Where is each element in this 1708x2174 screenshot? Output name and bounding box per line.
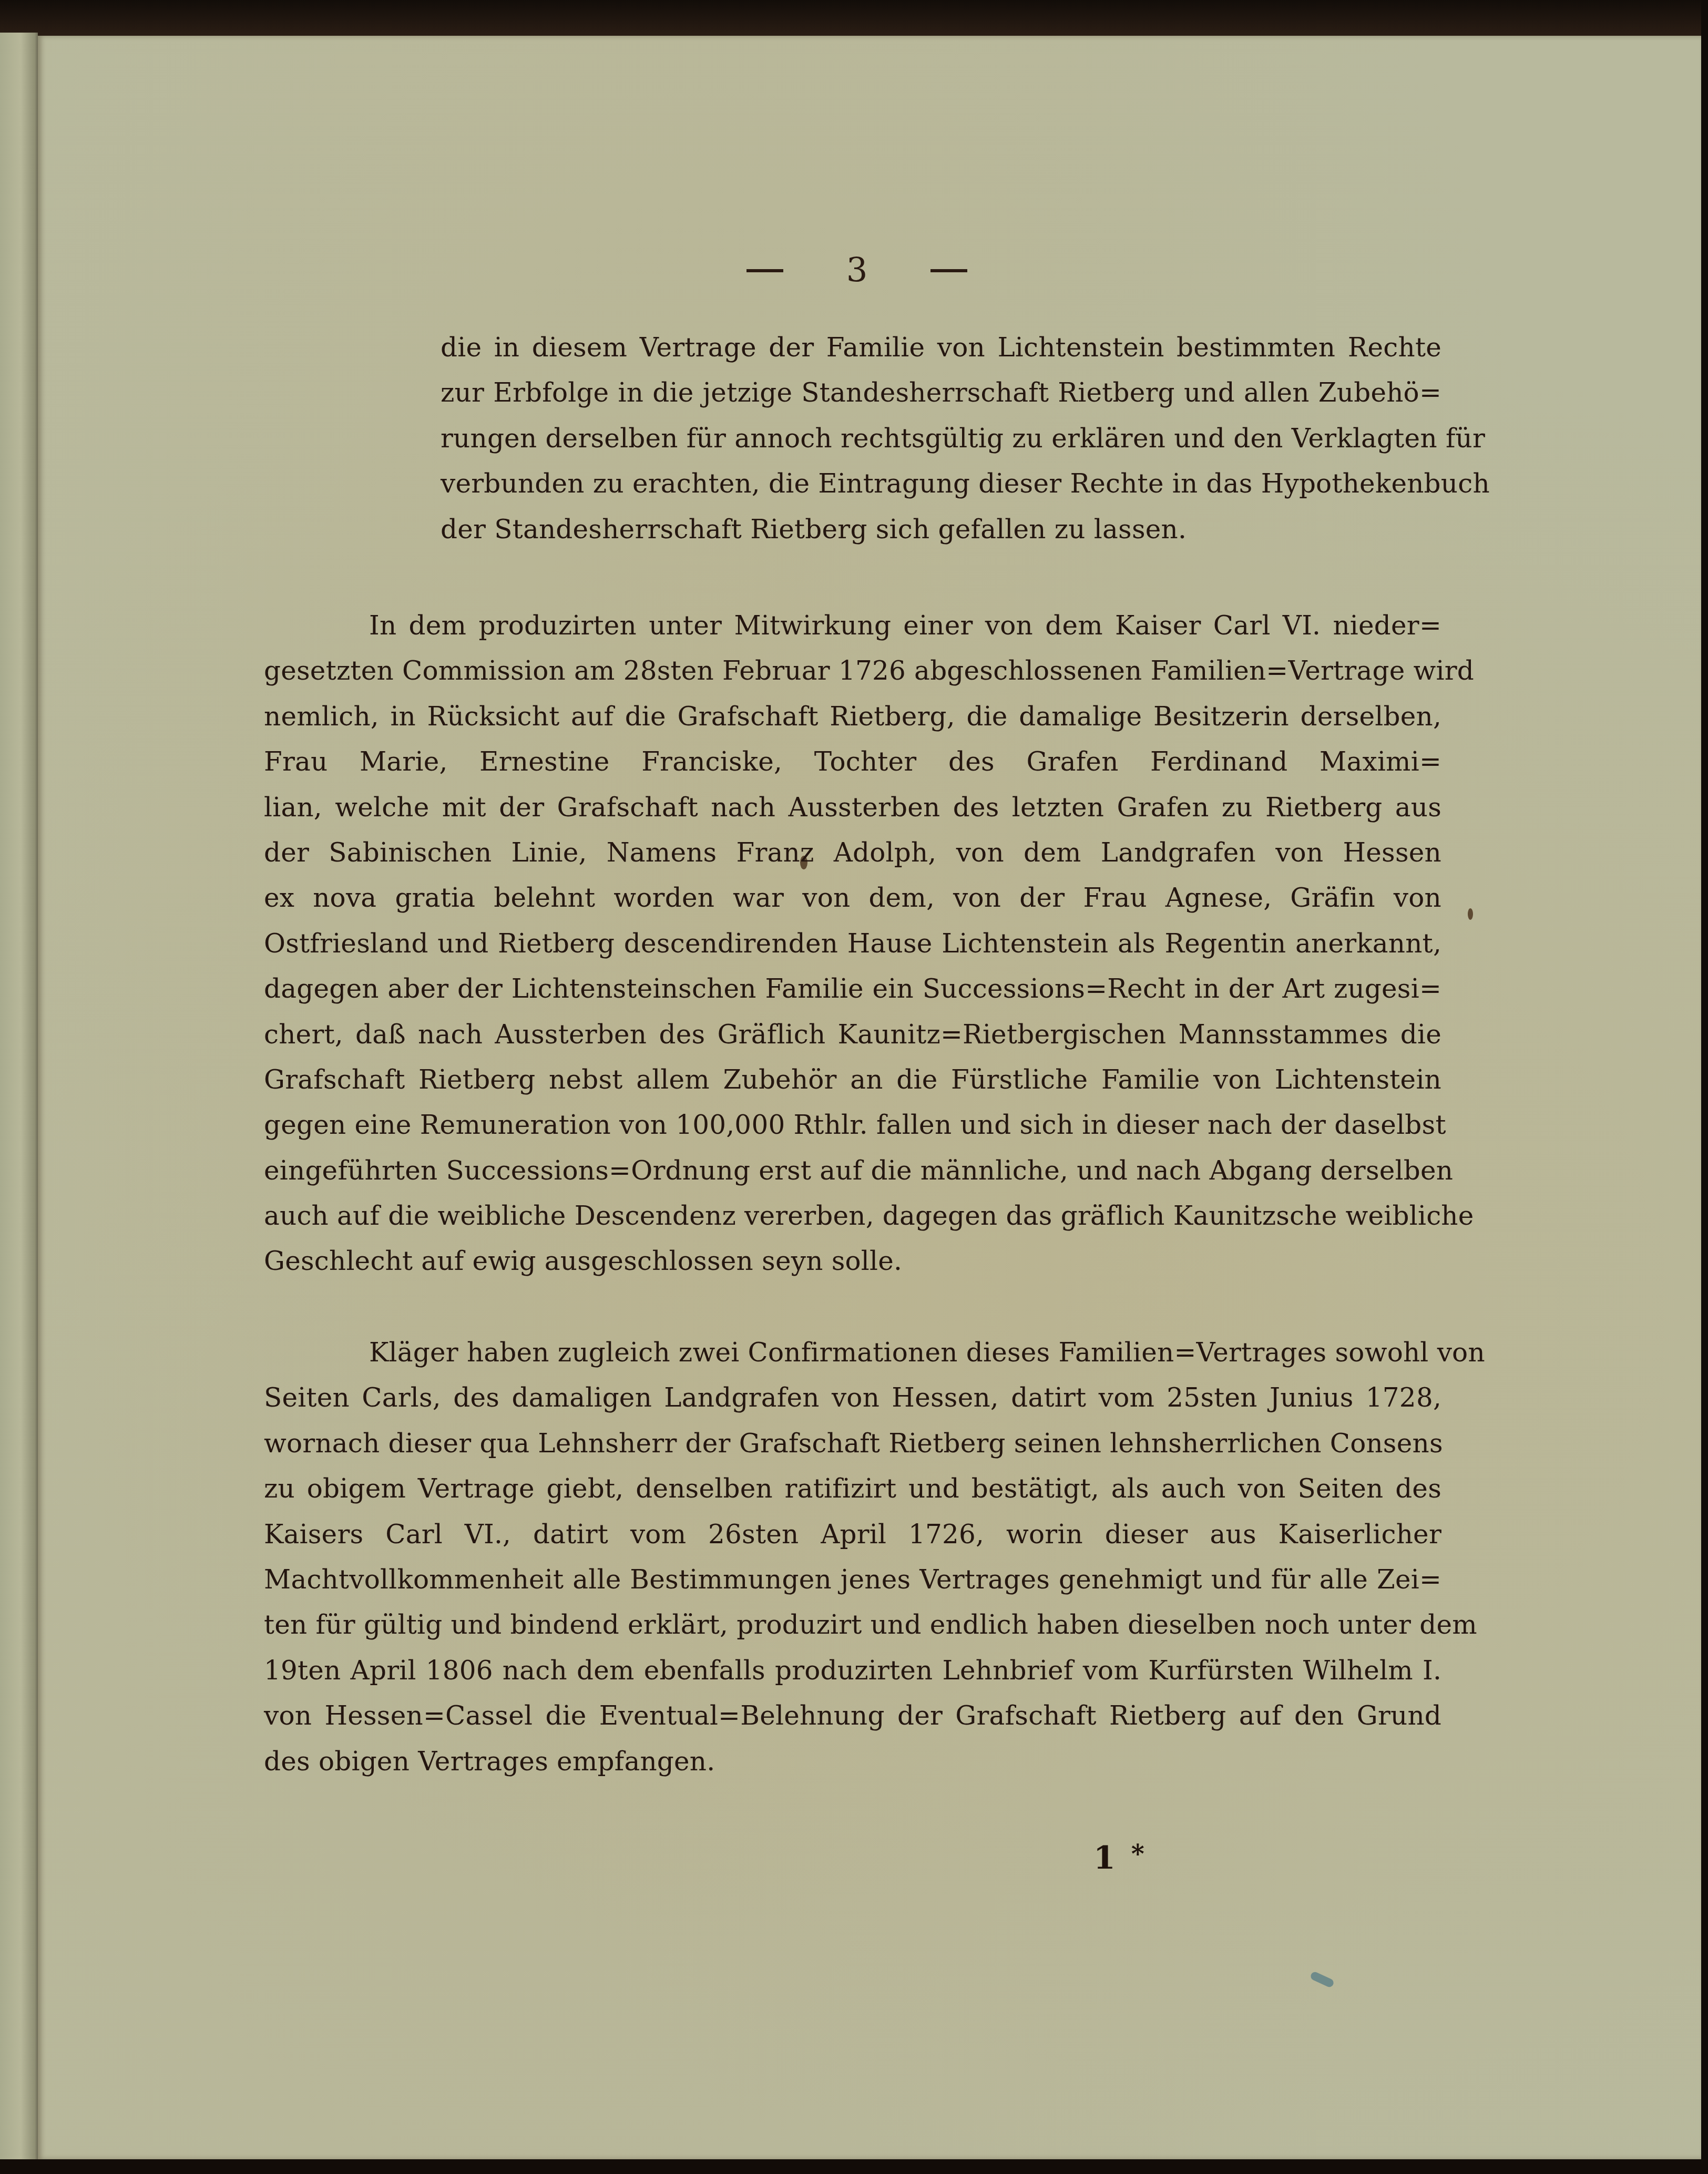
text-line: Machtvollkommenheit alle Bestimmungen je…	[264, 1557, 1441, 1602]
text-line: der Sabinischen Linie, Namens Franz Adol…	[264, 830, 1441, 875]
scan-background-right	[1701, 0, 1708, 2174]
page-number: 3	[846, 251, 868, 290]
text-line: der Standesherrschaft Rietberg sich gefa…	[441, 507, 1441, 552]
scan-background-bottom	[0, 2159, 1708, 2174]
text-line: Kläger haben zugleich zwei Confirmatione…	[264, 1330, 1441, 1375]
text-line: ex nova gratia belehnt worden war von de…	[264, 875, 1441, 920]
paragraph-3: Kläger haben zugleich zwei Confirmatione…	[264, 1330, 1441, 1784]
paragraph-2: In dem produzirten unter Mitwirkung eine…	[264, 603, 1441, 1284]
text-line: Kaisers Carl VI., datirt vom 26sten Apri…	[264, 1512, 1441, 1557]
text-line: In dem produzirten unter Mitwirkung eine…	[264, 603, 1441, 648]
text-line: chert, daß nach Aussterben des Gräflich …	[264, 1012, 1441, 1057]
text-line: verbunden zu erachten, die Eintragung di…	[441, 461, 1441, 506]
folio-dash-right	[930, 269, 967, 272]
text-line: Grafschaft Rietberg nebst allem Zubehör …	[264, 1057, 1441, 1102]
ink-stain	[1310, 1971, 1335, 1988]
text-line: rungen derselben für annoch rechtsgültig…	[441, 416, 1441, 461]
paragraph-1: die in diesem Vertrage der Familie von L…	[441, 325, 1441, 552]
page-number-header: 3	[746, 251, 967, 290]
text-line: wornach dieser qua Lehnsherr der Grafsch…	[264, 1421, 1441, 1466]
text-line: 19ten April 1806 nach dem ebenfalls prod…	[264, 1648, 1441, 1693]
signature-number: 1	[1093, 1840, 1116, 1876]
asterisk-icon: *	[1131, 1840, 1144, 1869]
text-line: ten für gültig und bindend erklärt, prod…	[264, 1602, 1441, 1647]
text-line: Ostfriesland und Rietberg descendirenden…	[264, 921, 1441, 966]
text-line: zu obigem Vertrage giebt, denselben rati…	[264, 1466, 1441, 1511]
text-line: Geschlecht auf ewig ausgeschlossen seyn …	[264, 1238, 1441, 1284]
text-line: nemlich, in Rücksicht auf die Grafschaft…	[264, 694, 1441, 739]
text-line: von Hessen=Cassel die Eventual=Belehnung…	[264, 1693, 1441, 1738]
text-line: des obigen Vertrages empfangen.	[264, 1739, 1441, 1784]
signature-mark: 1*	[1093, 1840, 1144, 1876]
text-line: die in diesem Vertrage der Familie von L…	[441, 325, 1441, 370]
previous-page-edge	[0, 33, 38, 2159]
paper-speck	[1468, 908, 1473, 920]
text-line: gegen eine Remuneration von 100,000 Rthl…	[264, 1102, 1441, 1147]
text-line: Frau Marie, Ernestine Franciske, Tochter…	[264, 739, 1441, 784]
scan-background-top	[0, 0, 1708, 36]
text-line: zur Erbfolge in die jetzige Standesherrs…	[441, 370, 1441, 415]
text-line: gesetzten Commission am 28sten Februar 1…	[264, 648, 1441, 693]
text-line: auch auf die weibliche Descendenz vererb…	[264, 1193, 1441, 1238]
text-line: lian, welche mit der Grafschaft nach Aus…	[264, 785, 1441, 830]
text-line: Seiten Carls, des damaligen Landgrafen v…	[264, 1375, 1441, 1420]
folio-dash-left	[746, 269, 783, 272]
text-line: eingeführten Successions=Ordnung erst au…	[264, 1148, 1441, 1193]
text-line: dagegen aber der Lichtensteinschen Famil…	[264, 966, 1441, 1011]
